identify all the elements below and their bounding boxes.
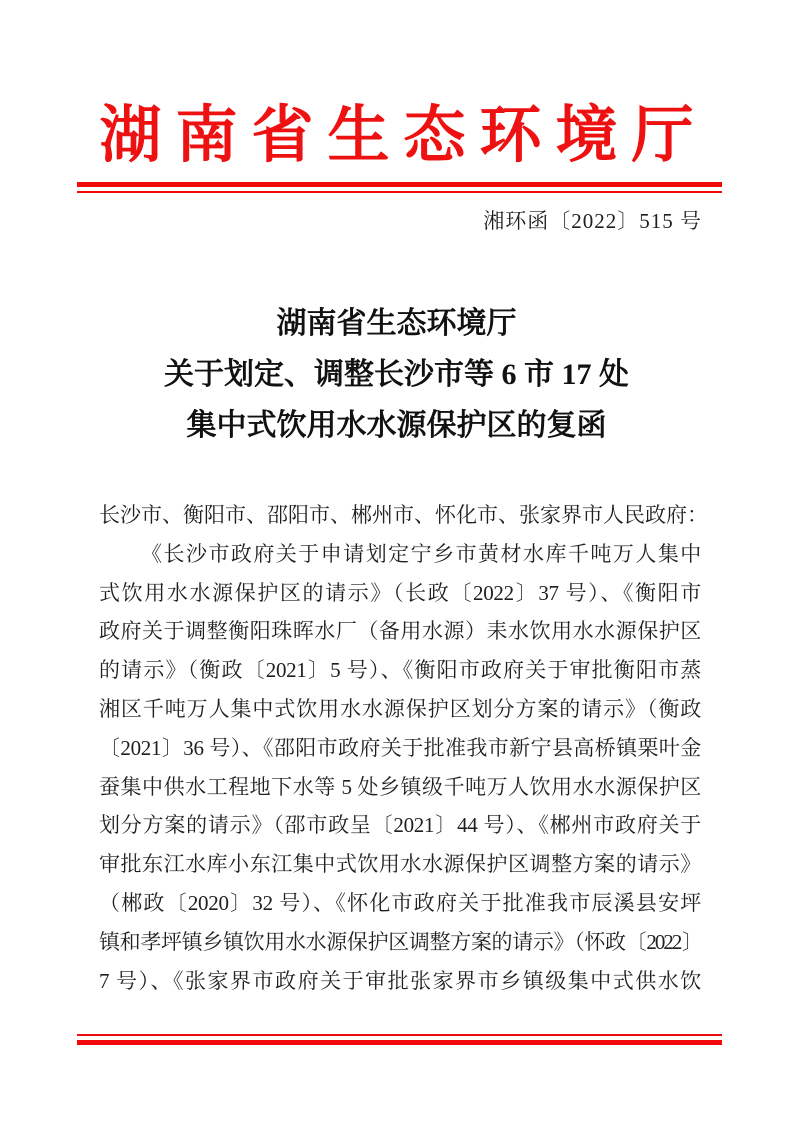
header-rule-thin <box>77 191 722 193</box>
body-line: 审批东江水库小东江集中式饮用水水源保护区调整方案的请示》 <box>99 845 701 884</box>
body-line: 〔2021〕36 号）、《邵阳市政府关于批准我市新宁县高桥镇栗叶金 <box>99 729 701 768</box>
body-line: 《长沙市政府关于申请划定宁乡市黄材水库千吨万人集中 <box>99 535 701 574</box>
body-line: 划分方案的请示》（邵市政呈〔2021〕44 号）、《郴州市政府关于 <box>99 806 701 845</box>
body-line: 镇和孝坪镇乡镇饮用水水源保护区调整方案的请示》（怀政〔2022〕 <box>99 923 701 962</box>
body-line: 蚕集中供水工程地下水等 5 处乡镇级千吨万人饮用水水源保护区 <box>99 768 701 807</box>
body-line: 式饮用水水源保护区的请示》（长政〔2022〕37 号）、《衡阳市 <box>99 574 701 613</box>
agency-header-title: 湖南省生态环境厅 <box>0 100 793 172</box>
body-line: （郴政〔2020〕32 号）、《怀化市政府关于批准我市辰溪县安坪 <box>99 884 701 923</box>
document-page: 湖南省生态环境厅 湘环函〔2022〕515 号 湖南省生态环境厅 关于划定、调整… <box>0 0 793 1122</box>
title-line-1: 湖南省生态环境厅 <box>0 298 793 349</box>
document-title: 湖南省生态环境厅 关于划定、调整长沙市等 6 市 17 处 集中式饮用水水源保护… <box>0 298 793 451</box>
footer-rule-thin <box>77 1034 722 1036</box>
document-body: 长沙市、衡阳市、邵阳市、郴州市、怀化市、张家界市人民政府： 《长沙市政府关于申请… <box>99 496 701 1000</box>
title-line-2: 关于划定、调整长沙市等 6 市 17 处 <box>0 349 793 400</box>
body-line: 湘区千吨万人集中式饮用水水源保护区划分方案的请示》（衡政 <box>99 690 701 729</box>
body-line: 的请示》（衡政〔2021〕5 号）、《衡阳市政府关于审批衡阳市蒸 <box>99 651 701 690</box>
footer-rule-thick <box>77 1040 722 1045</box>
document-number: 湘环函〔2022〕515 号 <box>483 207 702 235</box>
body-line: 7 号）、《张家界市政府关于审批张家界市乡镇级集中式供水饮 <box>99 962 701 1001</box>
body-line: 政府关于调整衡阳珠晖水厂（备用水源）耒水饮用水水源保护区 <box>99 612 701 651</box>
salutation: 长沙市、衡阳市、邵阳市、郴州市、怀化市、张家界市人民政府： <box>99 496 701 535</box>
title-line-3: 集中式饮用水水源保护区的复函 <box>0 400 793 451</box>
header-rule-thick <box>77 182 722 187</box>
